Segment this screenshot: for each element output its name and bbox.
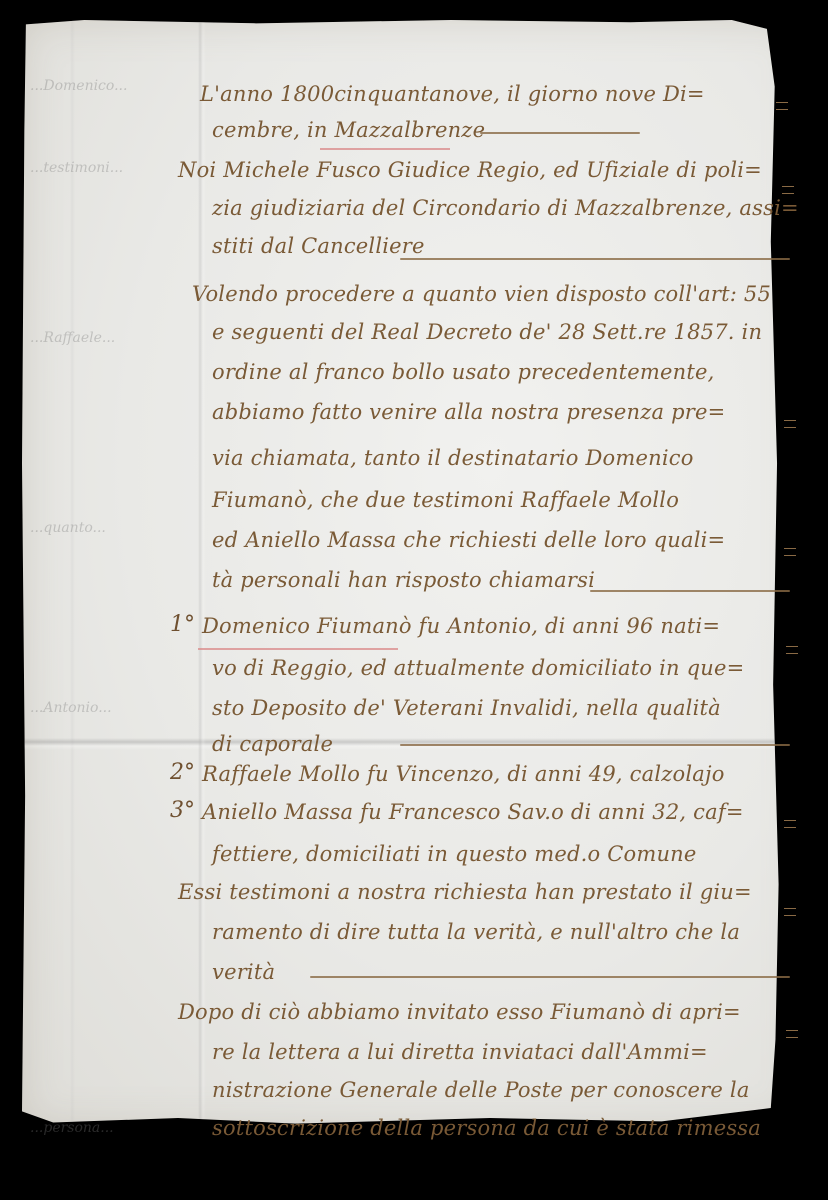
bleed-through-text: ...Antonio... — [30, 700, 180, 716]
line-filler-rule — [400, 744, 790, 746]
bleed-through-text: ...testimoni... — [30, 160, 180, 176]
manuscript-line: ed Aniello Massa che richiesti delle lor… — [212, 528, 725, 552]
manuscript-line: vo di Reggio, ed attualmente domiciliato… — [212, 656, 744, 680]
manuscript-line: cembre, in Mazzalbrenze — [212, 118, 485, 142]
red-underline-annotation — [320, 148, 450, 150]
hyphen-mark — [786, 1030, 798, 1038]
manuscript-line: ordine al franco bollo usato precedentem… — [212, 360, 715, 384]
manuscript-line: fettiere, domiciliati in questo med.o Co… — [212, 842, 697, 866]
manuscript-line: ramento di dire tutta la verità, e null'… — [212, 920, 740, 944]
hyphen-mark — [782, 186, 794, 194]
line-filler-rule — [400, 258, 790, 260]
manuscript-line: sto Deposito de' Veterani Invalidi, nell… — [212, 696, 721, 720]
manuscript-line: tà personali han risposto chiamarsi — [212, 568, 595, 592]
manuscript-line: e seguenti del Real Decreto de' 28 Sett.… — [212, 320, 762, 344]
hyphen-mark — [784, 908, 796, 916]
manuscript-line: abbiamo fatto venire alla nostra presenz… — [212, 400, 725, 424]
line-filler-rule — [590, 590, 790, 592]
red-underline-annotation — [198, 648, 398, 650]
manuscript-line: via chiamata, tanto il destinatario Dome… — [212, 446, 694, 470]
manuscript-line: Volendo procedere a quanto vien disposto… — [192, 282, 771, 306]
line-filler-rule — [310, 976, 790, 978]
bleed-through-text: ...Raffaele... — [30, 330, 180, 346]
manuscript-line: Aniello Massa fu Francesco Sav.o di anni… — [202, 800, 744, 824]
manuscript-line: di caporale — [212, 732, 333, 756]
manuscript-line: sottoscrizione della persona da cui è st… — [212, 1116, 761, 1140]
manuscript-line: Domenico Fiumanò fu Antonio, di anni 96 … — [202, 614, 720, 638]
manuscript-line: verità — [212, 960, 275, 984]
manuscript-line: Fiumanò, che due testimoni Raffaele Moll… — [212, 488, 679, 512]
hyphen-mark — [784, 548, 796, 556]
line-filler-rule — [480, 132, 640, 134]
manuscript-line: stiti dal Cancelliere — [212, 234, 425, 258]
manuscript-line: Dopo di ciò abbiamo invitato esso Fiuman… — [178, 1000, 741, 1024]
list-number-1: 1° — [170, 612, 195, 637]
manuscript-line: nistrazione Generale delle Poste per con… — [212, 1078, 750, 1102]
hyphen-mark — [784, 420, 796, 428]
manuscript-line: L'anno 1800cinquantanove, il giorno nove… — [200, 82, 705, 106]
hyphen-mark — [776, 102, 788, 110]
list-number-2: 2° — [170, 760, 195, 785]
manuscript-line: zia giudiziaria del Circondario di Mazza… — [212, 196, 799, 220]
manuscript-line: re la lettera a lui diretta inviataci da… — [212, 1040, 708, 1064]
manuscript-line: Raffaele Mollo fu Vincenzo, di anni 49, … — [202, 762, 725, 786]
bleed-through-text: ...Domenico... — [30, 78, 180, 94]
hyphen-mark — [784, 820, 796, 828]
bleed-through-text: ...persona... — [30, 1120, 180, 1136]
hyphen-mark — [786, 646, 798, 654]
manuscript-line: Noi Michele Fusco Giudice Regio, ed Ufiz… — [178, 158, 762, 182]
list-number-3: 3° — [170, 798, 195, 823]
bleed-through-text: ...quanto... — [30, 520, 180, 536]
manuscript-line: Essi testimoni a nostra richiesta han pr… — [178, 880, 752, 904]
